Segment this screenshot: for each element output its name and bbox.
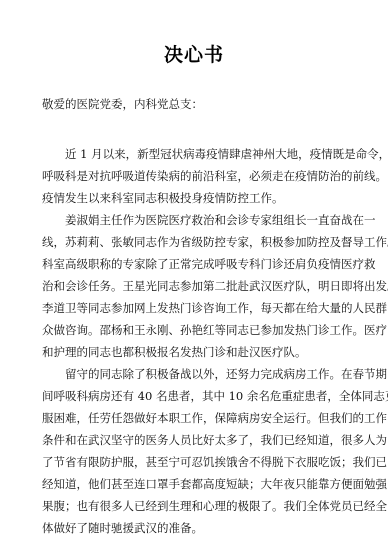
text-line: 条件和在武汉坚守的医务人员比好太多了，我们已经知道，很多人为 (42, 433, 332, 447)
document-title: 决心书 (0, 40, 388, 67)
text-line: 李道卫等同志参加网上发热门诊咨询工作，每天都在给大量的人民群 (42, 301, 332, 315)
text-line: 果腹；也有很多人已经到生理和心理的极限了。我们全体党员已经全 (42, 499, 332, 513)
text-line: 服困难，任劳任怨做好本职工作，保障病房安全运行。但我们的工作 (42, 411, 332, 425)
text-line: 体做好了随时驰援武汉的准备。 (42, 521, 332, 535)
text-line: 经知道，他们甚至连口罩手套都高度短缺；大年夜只能靠方便面勉强 (42, 477, 332, 491)
text-line: 众做咨询。邵杨和王永刚、孙艳红等同志已参加发热门诊工作。医疗 (42, 323, 332, 337)
text-line: 和护理的同志也都积极报名发热门诊和赴汉医疗队。 (42, 345, 332, 359)
text-line: 留守的同志除了积极备战以外，还努力完成病房工作。在春节期 (65, 367, 332, 381)
text-line: 了节省有限防护服，甚至宁可忍饥挨饿舍不得脱下衣服吃饭；我们已 (42, 455, 332, 469)
text-line: 姜淑娟主任作为医院医疗救治和会诊专家组组长一直奋战在一 (65, 213, 332, 227)
text-line: 近 1 月以来，新型冠状病毒疫情肆虐神州大地，疫情既是命令， (65, 147, 332, 161)
salutation: 敬爱的医院党委，内科党总支： (42, 96, 203, 112)
text-line: 疫情发生以来科室同志积极投身疫情防控工作。 (42, 191, 332, 205)
text-line: 科室高级职称的专家除了正常完成呼吸专科门诊还肩负疫情医疗救 (42, 257, 332, 271)
text-line: 线，苏莉莉、张敏同志作为省级防控专家，积极参加防控及督导工作。 (42, 235, 332, 249)
text-line: 呼吸科是对抗呼吸道传染病的前沿科室，必须走在疫情防治的前线。 (42, 169, 332, 183)
text-line: 间呼吸科病房还有 40 名患者，其中 10 余名危重症患者，全体同志克 (42, 389, 332, 403)
text-line: 治和会诊任务。王星光同志参加第二批赴武汉医疗队，明日即将出发。 (42, 279, 332, 293)
